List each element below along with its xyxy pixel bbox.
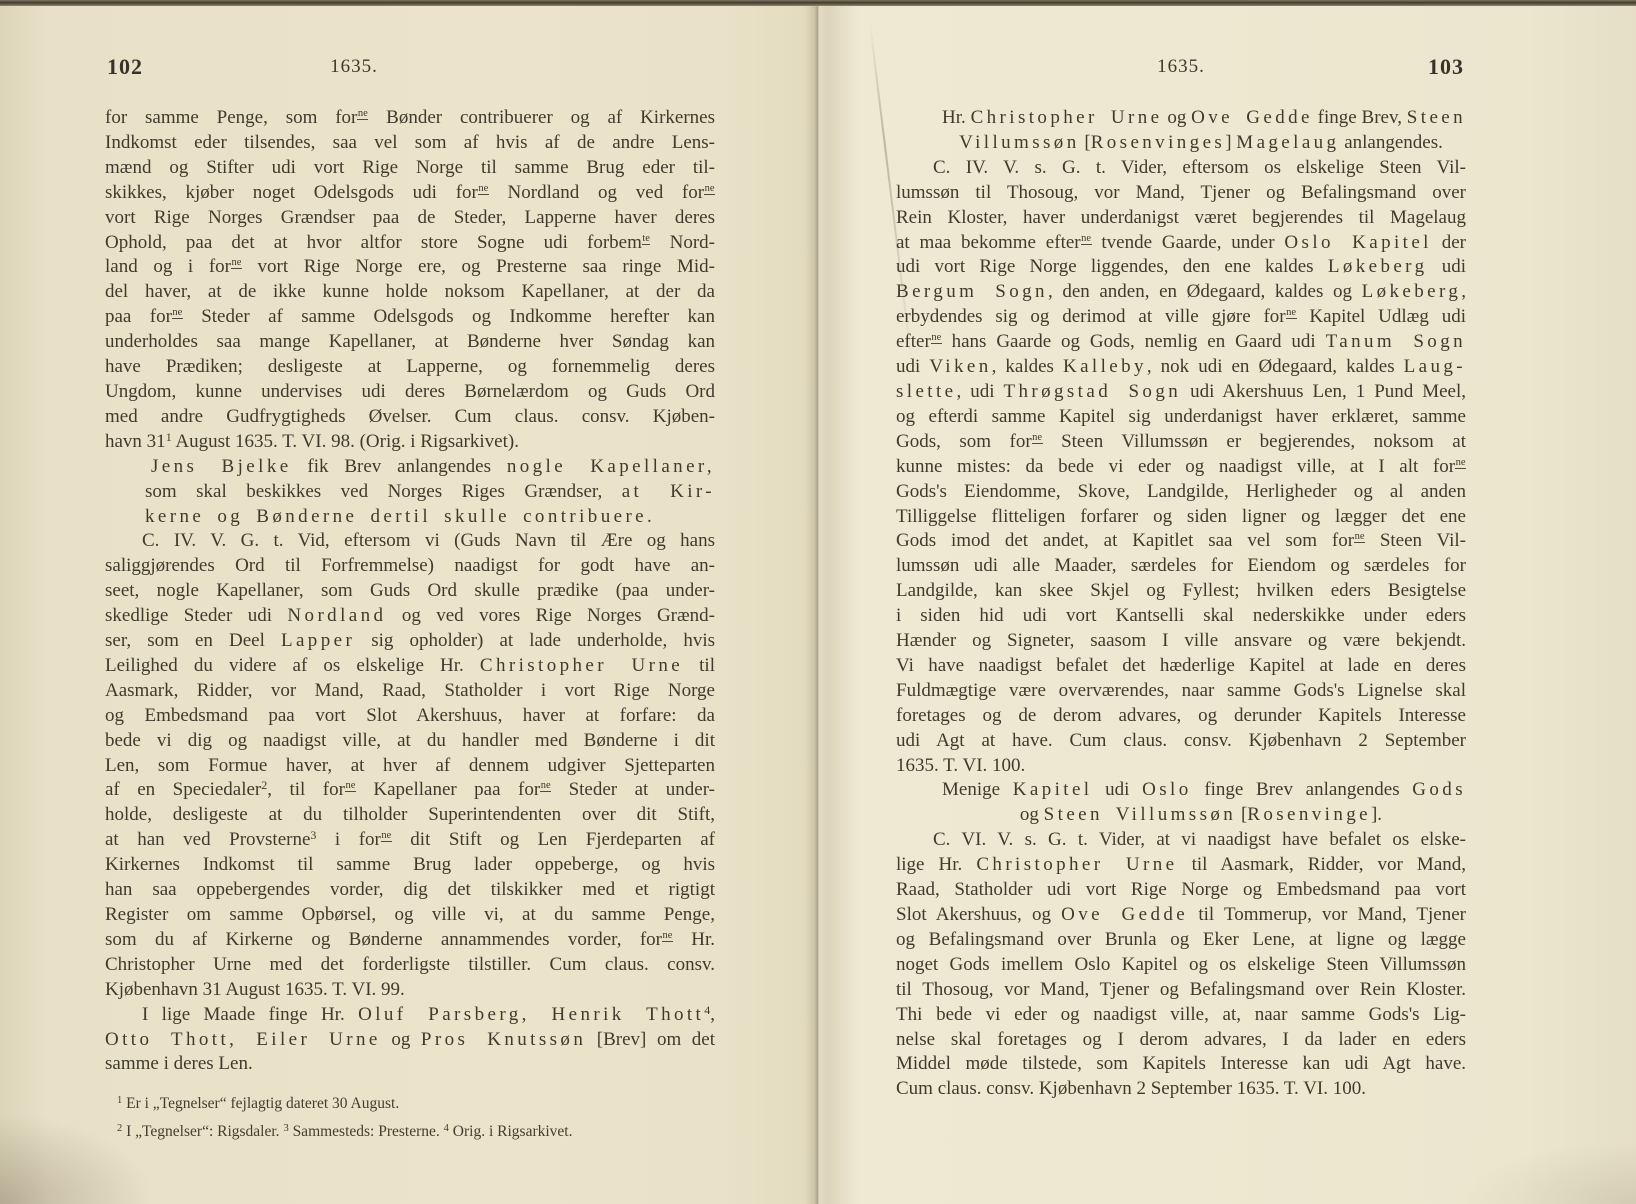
letterspaced-text: Ove Gedde xyxy=(1191,107,1313,128)
text-line: Raad, Statholder udi vort Rige Norge og … xyxy=(896,878,1466,903)
paragraph: I lige Maade finge Hr. Oluf Parsberg, He… xyxy=(105,1003,715,1078)
text-line: samme i deres Len. xyxy=(105,1052,715,1077)
text-line: paa forne Steder af samme Odelsgods og I… xyxy=(105,305,715,330)
letterspaced-text: at Kir- xyxy=(622,481,715,502)
abbreviation-superscript: ne xyxy=(1032,432,1043,444)
footnote-line: 1 Er i „Tegnelser“ fejlagtig dateret 30 … xyxy=(105,1090,715,1118)
text-line: lumssøn udi alle Maader, særdeles for Ei… xyxy=(896,554,1466,579)
page-text: Hr. Christopher Urne og Ove Gedde finge … xyxy=(896,106,1466,1102)
book-spread: 102 1635. for samme Penge, som forne Bøn… xyxy=(0,0,1636,1204)
letterspaced-text: Kapitel xyxy=(1013,779,1093,800)
text-line: Len, som Formue haver, at hver af dennem… xyxy=(105,754,715,779)
page-header: 102 1635. xyxy=(105,54,715,84)
letterspaced-text: Tanum Sogn xyxy=(1326,331,1466,352)
footnote-line: 2 I „Tegnelser“: Rigsdaler. 3 Sammesteds… xyxy=(105,1118,715,1146)
text-line: Menige Kapitel udi Oslo finge Brev anlan… xyxy=(936,778,1466,803)
text-line: Cum claus. consv. Kjøbenhavn 2 September… xyxy=(896,1077,1466,1102)
letterspaced-text: Kalleby xyxy=(1063,356,1147,377)
abbreviation-superscript: ne xyxy=(1286,307,1297,319)
text-line: Aasmark, Ridder, vor Mand, Raad, Stathol… xyxy=(105,679,715,704)
text-line: Rein Kloster, haver underdanigst været b… xyxy=(896,206,1466,231)
text-line: skikkes, kjøber noget Odelsgods udi forn… xyxy=(105,181,715,206)
footnote-reference: 1 xyxy=(117,1095,122,1106)
text-line: land og i forne vort Rige Norge ere, og … xyxy=(105,255,715,280)
abbreviation-superscript: ne xyxy=(357,108,368,120)
text-line: Hr. Christopher Urne og Ove Gedde finge … xyxy=(936,106,1466,131)
text-line: Fuldmægtige være overværendes, naar samm… xyxy=(896,679,1466,704)
text-line: som skal beskikkes ved Norges Riges Græn… xyxy=(145,480,715,505)
text-line: i siden hid udi vort Kantselli skal nede… xyxy=(896,604,1466,629)
letterspaced-text: nogle Kapellaner, xyxy=(507,456,715,477)
paragraph: C. IV. V. s. G. t. Vider, eftersom os el… xyxy=(896,156,1466,779)
text-line: udi vort Rige Norge liggendes, den ene k… xyxy=(896,255,1466,280)
text-line: at han ved Provsterne3 i forne dit Stift… xyxy=(105,828,715,853)
letter-heading: Menige Kapitel udi Oslo finge Brev anlan… xyxy=(896,778,1466,828)
abbreviation-superscript: ne xyxy=(540,780,551,792)
text-line: Jens Bjelke fik Brev anlangendes nogle K… xyxy=(145,455,715,480)
page-number: 103 xyxy=(1428,54,1464,80)
text-line: udi Viken, kaldes Kalleby, nok udi en Ød… xyxy=(896,355,1466,380)
text-line: C. IV. V. G. t. Vid, eftersom vi (Guds N… xyxy=(105,529,715,554)
text-line: C. IV. V. s. G. t. Vider, eftersom os el… xyxy=(896,156,1466,181)
letterspaced-text: Oslo xyxy=(1142,779,1192,800)
running-head-year: 1635. xyxy=(896,56,1466,78)
paragraph: for samme Penge, som forne Bønder contri… xyxy=(105,106,715,455)
abbreviation-superscript: ne xyxy=(478,183,489,195)
page-right: 1635. 103 Hr. Christopher Urne og Ove Ge… xyxy=(896,54,1466,1102)
letterspaced-text: Steen Villumssøn xyxy=(1044,804,1237,825)
letterspaced-text: Rosenvinges xyxy=(1091,132,1226,153)
text-line: Slot Akershuus, og Ove Gedde til Tommeru… xyxy=(896,903,1466,928)
text-line: Kirkernes Indkomst til samme Brug lader … xyxy=(105,853,715,878)
letterspaced-text: Christopher Urne xyxy=(976,854,1177,875)
text-line: lumssøn til Thosoug, vor Mand, Tjener og… xyxy=(896,181,1466,206)
letterspaced-text: Magelaug xyxy=(1236,132,1339,153)
text-line: og Steen Villumssøn [Rosenvinge]. xyxy=(936,803,1466,828)
letterspaced-text: Ove Gedde xyxy=(1061,904,1188,925)
footnote-reference: 1 xyxy=(166,430,172,444)
text-line: som du af Kirkerne og Bønderne annammend… xyxy=(105,928,715,953)
letterspaced-text: Otto Thott, Eiler Urne xyxy=(105,1029,381,1050)
abbreviation-superscript: ne xyxy=(704,183,715,195)
footnote-reference: 2 xyxy=(117,1123,122,1134)
text-line: 1635. T. VI. 100. xyxy=(896,754,1466,779)
text-line: I lige Maade finge Hr. Oluf Parsberg, He… xyxy=(105,1003,715,1028)
text-line: Vi have naadigst befalet det hæderlige K… xyxy=(896,654,1466,679)
text-line: og Embedsmand paa vort Slot Akershuus, h… xyxy=(105,704,715,729)
text-line: af en Speciedaler2, til forne Kapellaner… xyxy=(105,778,715,803)
text-line: Thi bede vi eder og naadigst ville, at, … xyxy=(896,1003,1466,1028)
text-line: bede vi dig og naadigst ville, at du han… xyxy=(105,729,715,754)
text-line: seet, nogle Kapellaner, som Guds Ord sku… xyxy=(105,579,715,604)
footnotes: 1 Er i „Tegnelser“ fejlagtig dateret 30 … xyxy=(105,1090,715,1146)
letterspaced-text: Thrøgstad Sogn xyxy=(1003,381,1181,402)
text-line: Hænder og Signeter, saasom I ville ansva… xyxy=(896,629,1466,654)
abbreviation-superscript: ne xyxy=(231,257,242,269)
abbreviation-superscript: te xyxy=(642,233,651,245)
abbreviation-superscript: ne xyxy=(1455,457,1466,469)
text-line: erbydendes sig og derimod at ville gjøre… xyxy=(896,305,1466,330)
text-line: lige Hr. Christopher Urne til Aasmark, R… xyxy=(896,853,1466,878)
footnote-reference: 3 xyxy=(310,828,316,842)
text-line: at maa bekomme efterne tvende Gaarde, un… xyxy=(896,231,1466,256)
letterspaced-text: Steen xyxy=(1407,107,1466,128)
letterspaced-text: Laug- xyxy=(1404,356,1466,377)
letterspaced-text: Oluf Parsberg, Henrik Thott xyxy=(358,1004,704,1025)
text-line: kunne mistes: da bede vi eder og naadigs… xyxy=(896,455,1466,480)
text-line: noget Gods imellem Oslo Kapitel og os el… xyxy=(896,953,1466,978)
letterspaced-text: Løkeberg xyxy=(1328,256,1428,277)
abbreviation-superscript: ne xyxy=(172,307,183,319)
text-line: del haver, at de ikke kunne holde noksom… xyxy=(105,280,715,305)
letter-heading: Jens Bjelke fik Brev anlangendes nogle K… xyxy=(105,455,715,530)
text-line: vort Rige Norges Grændser paa de Steder,… xyxy=(105,206,715,231)
letterspaced-text: Oslo Kapitel xyxy=(1284,232,1431,253)
letterspaced-text: Gods xyxy=(1412,779,1466,800)
letter-heading: Hr. Christopher Urne og Ove Gedde finge … xyxy=(896,106,1466,156)
footnote-reference: 4 xyxy=(704,1003,710,1017)
text-line: og efterdi samme Kapitel sig underdanigs… xyxy=(896,405,1466,430)
text-line: have Prædiken; desligeste at Lapperne, o… xyxy=(105,355,715,380)
gutter-crease xyxy=(806,6,828,1204)
text-line: C. VI. V. s. G. t. Vider, at vi naadigst… xyxy=(896,828,1466,853)
text-line: efterne hans Gaarde og Gods, nemlig en G… xyxy=(896,330,1466,355)
text-line: Otto Thott, Eiler Urne og Pros Knutssøn … xyxy=(105,1028,715,1053)
text-line: saliggjørendes Ord til Forfremmelse) naa… xyxy=(105,554,715,579)
text-line: Gods, som forne Steen Villumssøn er begj… xyxy=(896,430,1466,455)
footnote-reference: 4 xyxy=(444,1123,449,1134)
text-line: nelse skal foretages og I derom advares,… xyxy=(896,1028,1466,1053)
text-line: Ophold, paa det at hvor altfor store Sog… xyxy=(105,231,715,256)
letterspaced-text: Løkeberg xyxy=(1362,281,1462,302)
text-line: Tilliggelse flitteligen forfarer og side… xyxy=(896,505,1466,530)
abbreviation-superscript: ne xyxy=(931,332,942,344)
text-line: med andre Gudfrygtigheds Øvelser. Cum cl… xyxy=(105,405,715,430)
text-line: Gods imod det andet, at Kapitlet saa vel… xyxy=(896,529,1466,554)
text-line: mænd og Stifter udi vort Rige Norge til … xyxy=(105,156,715,181)
letterspaced-text: Jens Bjelke xyxy=(151,456,292,477)
text-line: ser, som en Deel Lapper sig opholder) at… xyxy=(105,629,715,654)
paragraph: C. VI. V. s. G. t. Vider, at vi naadigst… xyxy=(896,828,1466,1102)
text-line: kerne og Bønderne dertil skulle contribu… xyxy=(145,505,715,530)
letterspaced-text: Christopher Urne xyxy=(971,107,1163,128)
letterspaced-text: Viken xyxy=(929,356,991,377)
abbreviation-superscript: ne xyxy=(1081,233,1092,245)
text-line: han saa oppebergendes vorder, dig det ti… xyxy=(105,878,715,903)
text-line: slette, udi Thrøgstad Sogn udi Akershuus… xyxy=(896,380,1466,405)
letterspaced-text: Lapper xyxy=(281,630,355,651)
footnote-reference: 3 xyxy=(283,1123,288,1134)
text-line: for samme Penge, som forne Bønder contri… xyxy=(105,106,715,131)
text-line: Register om samme Opbørsel, og ville vi,… xyxy=(105,903,715,928)
text-line: udi Agt at have. Cum claus. consv. Kjøbe… xyxy=(896,729,1466,754)
text-line: Villumssøn [Rosenvinges] Magelaug anlang… xyxy=(936,131,1466,156)
text-line: Middel møde tilstede, som Kapitels Inter… xyxy=(896,1052,1466,1077)
text-line: Landgilde, kan skee Skjel og Fyllest; hv… xyxy=(896,579,1466,604)
text-line: skedlige Steder udi Nordland og ved vore… xyxy=(105,604,715,629)
letterspaced-text: Villumssøn xyxy=(959,132,1079,153)
text-line: Gods's Eiendomme, Skove, Landgilde, Herl… xyxy=(896,480,1466,505)
text-line: Leilighed du videre af os elskelige Hr. … xyxy=(105,654,715,679)
page-text: for samme Penge, som forne Bønder contri… xyxy=(105,106,715,1146)
text-line: foretages og de derom advares, og derund… xyxy=(896,704,1466,729)
text-line: Christopher Urne med det forderligste ti… xyxy=(105,953,715,978)
text-line: til Thosoug, vor Mand, Tjener og Befalin… xyxy=(896,978,1466,1003)
abbreviation-superscript: ne xyxy=(345,780,356,792)
abbreviation-superscript: ne xyxy=(1354,531,1365,543)
letterspaced-text: Nordland xyxy=(287,605,386,626)
page-header: 1635. 103 xyxy=(896,54,1466,84)
letterspaced-text: Pros Knutssøn xyxy=(421,1029,586,1050)
text-line: Bergum Sogn, den anden, en Ødegaard, kal… xyxy=(896,280,1466,305)
paragraph: C. IV. V. G. t. Vid, eftersom vi (Guds N… xyxy=(105,529,715,1002)
text-line: og Befalingsmand over Brunla og Eker Len… xyxy=(896,928,1466,953)
abbreviation-superscript: ne xyxy=(381,830,392,842)
text-line: Kjøbenhavn 31 August 1635. T. VI. 99. xyxy=(105,978,715,1003)
letterspaced-text: Christopher Urne xyxy=(480,655,683,676)
running-head-year: 1635. xyxy=(49,56,659,78)
page-left: 102 1635. for samme Penge, som forne Bøn… xyxy=(105,54,715,1146)
letterspaced-text: Rosenvinge xyxy=(1247,804,1371,825)
letterspaced-text: kerne og Bønderne dertil skulle contribu… xyxy=(145,506,655,527)
text-line: Indkomst eder tilsendes, saa vel som af … xyxy=(105,131,715,156)
text-line: holde, desligeste at du tilholder Superi… xyxy=(105,803,715,828)
text-line: havn 311 August 1635. T. VI. 98. (Orig. … xyxy=(105,430,715,455)
footnote-reference: 2 xyxy=(261,778,267,792)
abbreviation-superscript: ne xyxy=(662,930,673,942)
text-line: underholdes saa mange Kapellaner, at Bøn… xyxy=(105,330,715,355)
letterspaced-text: Bergum Sogn xyxy=(896,281,1048,302)
text-line: Ungdom, kunne undervises udi deres Børne… xyxy=(105,380,715,405)
letterspaced-text: slette xyxy=(896,381,957,402)
